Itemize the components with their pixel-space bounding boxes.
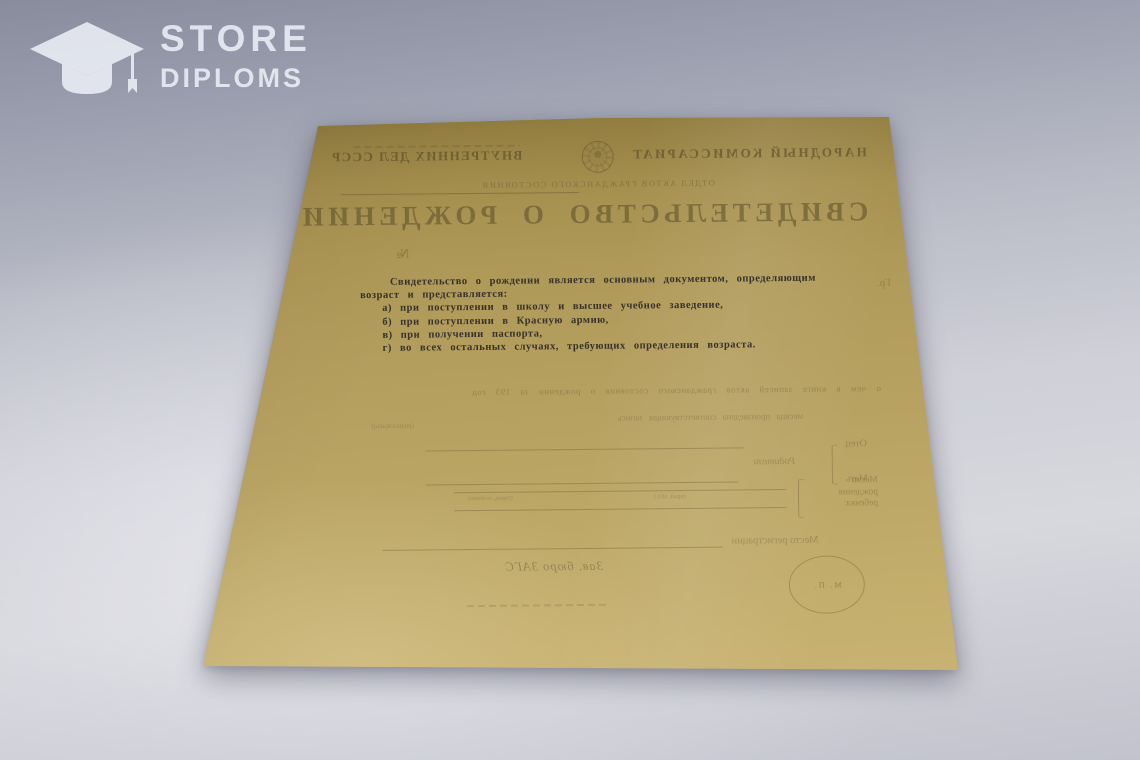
birthplace-label-line: ребенка: <box>808 498 878 510</box>
certificate-paper: ВНУТРЕННИХ ДЕЛ СССР НАРОДНЫЙ КОМИССАРИАТ… <box>185 100 975 685</box>
certificate-title-mirrored: СВИДЕТЕЛЬСТВО О РОЖДЕНИИ <box>326 196 868 232</box>
brand-watermark: STORE DIPLOMS <box>28 20 312 104</box>
birthplace-brace <box>798 479 804 518</box>
father-label: Отец <box>845 438 866 449</box>
department-subheader: ОТДЕЛ АКТОВ ГРАЖДАНСКОГО СОСТОЯНИЯ <box>441 177 755 190</box>
birthplace-label-line: рождения <box>808 487 878 499</box>
parents-label: Родители <box>754 456 796 467</box>
record-line: о чем в книге записей актов гражданского… <box>303 383 881 399</box>
paper-sheet: ВНУТРЕННИХ ДЕЛ СССР НАРОДНЫЙ КОМИССАРИАТ… <box>185 100 975 685</box>
mother-field-underline <box>426 481 738 485</box>
signature-label: Зав. бюро ЗАГС <box>505 559 603 575</box>
birthplace-underline-2 <box>454 507 786 511</box>
birthplace-label: Место рождения ребенка: <box>808 475 878 510</box>
brand-name-diploms: DIPLOMS <box>160 65 312 92</box>
brand-name-store: STORE <box>160 20 312 57</box>
number-sign: № <box>397 246 410 262</box>
father-field-underline <box>426 447 744 451</box>
citizen-abbr: Гр. <box>877 277 891 289</box>
agency-header-left: ВНУТРЕННИХ ДЕЛ СССР <box>331 148 523 166</box>
birthplace-label-line: Место <box>808 475 878 487</box>
photo-backdrop: STORE DIPLOMS ВНУТРЕННИХ ДЕЛ СССР НАРОДН… <box>0 0 1140 760</box>
graduation-cap-icon <box>28 20 146 104</box>
soviet-emblem-icon <box>582 141 614 173</box>
birthplace-hint-region: (край, обл.) <box>654 493 686 500</box>
stamp-initials: М. П. <box>812 580 841 589</box>
instructions-paragraph: Свидетельство о рождении является основн… <box>360 272 821 356</box>
round-stamp-outline: М. П. <box>789 555 866 614</box>
birthplace-underline-1 <box>454 489 786 493</box>
born-hint: (родился(ась)) <box>371 422 414 430</box>
entry-line: месяца произведена соответствующая запис… <box>443 411 803 424</box>
agency-header-right: НАРОДНЫЙ КОМИССАРИАТ <box>631 144 867 162</box>
registration-label: Место регистрации <box>731 535 818 547</box>
header-rule <box>341 192 579 195</box>
fine-print-bottom-line <box>467 604 610 607</box>
registration-underline <box>383 547 723 551</box>
birthplace-hint-city: (город, селение) <box>468 495 513 502</box>
